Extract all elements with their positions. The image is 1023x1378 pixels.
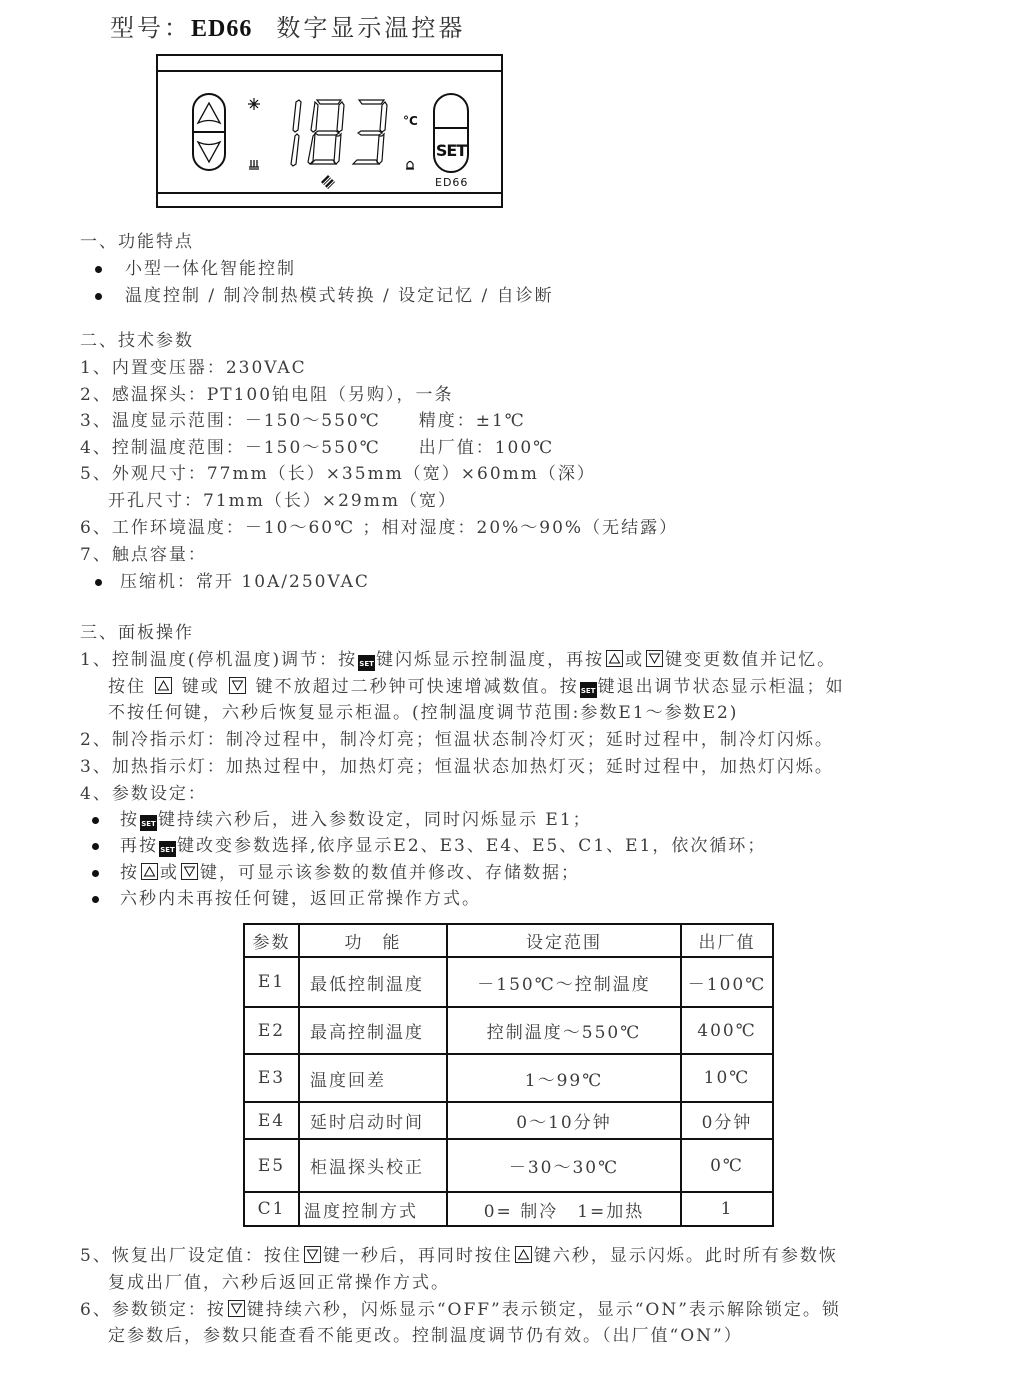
- text: 6、参数锁定：按: [80, 1300, 226, 1320]
- text: 键改变参数选择,依序显示E2、E3、E4、E5、C1、E1，依次循环；: [177, 836, 766, 856]
- set-key-icon: SET: [140, 815, 157, 831]
- up-key-icon: [141, 863, 158, 880]
- param-function: 柜温探头校正: [299, 1139, 447, 1192]
- operation-item-1-cont: 按住 键或 键不放超过二秒钟可快速增减数值。按SET键退出调节状态显示柜温；如: [108, 676, 845, 698]
- param-default: 0℃: [681, 1139, 773, 1192]
- operation-item-3: 3、加热指示灯：加热过程中，加热灯亮；恒温状态加热灯灭；延时过程中，加热灯闪烁。: [80, 756, 834, 778]
- text: 键持续六秒，闪烁显示“OFF”表示锁定，显示“ON”表示解除锁定。锁: [247, 1300, 841, 1320]
- product-name: 数字显示温控器: [276, 14, 465, 42]
- param-range: 控制温度～550℃: [447, 1007, 681, 1054]
- param-setting-bullet: 六秒内未再按任何键，返回正常操作方式。: [120, 888, 481, 910]
- param-default: 400℃: [681, 1007, 773, 1054]
- text: 键持续六秒后，进入参数设定，同时闪烁显示 E1；: [158, 810, 592, 830]
- up-down-key: [192, 93, 226, 171]
- section1-heading: 一、功能特点: [80, 231, 194, 253]
- up-key-icon: [515, 1246, 532, 1263]
- set-key-label: SET: [435, 141, 467, 160]
- set-key-icon: SET: [159, 841, 176, 857]
- table-row: E3 温度回差 1～99℃ 10℃: [244, 1054, 773, 1102]
- text: 键六秒，显示闪烁。此时所有参数恢: [534, 1246, 838, 1266]
- parameter-table: 参数 功 能 设定范围 出厂值 E1 最低控制温度 －150℃～控制温度 －10…: [243, 923, 774, 1227]
- down-key-icon: [228, 1300, 245, 1317]
- heater-icon: [248, 158, 260, 170]
- down-key-icon: [229, 677, 246, 694]
- panel-bottom-bezel: [158, 192, 501, 194]
- spec-item: 6、工作环境温度：－10～60℃ ；相对湿度：20%～90%（无结露）: [80, 517, 678, 539]
- operation-item-6: 6、参数锁定：按键持续六秒，闪烁显示“OFF”表示锁定，显示“ON”表示解除锁定…: [80, 1299, 841, 1321]
- param-setting-bullet: 再按SET键改变参数选择,依序显示E2、E3、E4、E5、C1、E1，依次循环；: [120, 835, 766, 857]
- set-key: SET: [433, 93, 469, 173]
- title-prefix: 型号：: [110, 14, 191, 42]
- param-function: 温度回差: [299, 1054, 447, 1102]
- text: 键变更数值并记忆。: [665, 650, 836, 670]
- up-key-icon: [606, 650, 623, 667]
- param-code: E5: [244, 1139, 299, 1192]
- header-cell: 出厂值: [681, 924, 773, 957]
- operation-item-1: 1、控制温度(停机温度)调节：按SET键闪烁显示控制温度，再按或键变更数值并记忆…: [80, 649, 836, 671]
- document-title: 型号：ED66数字显示温控器: [110, 8, 465, 43]
- spec-item: 2、感温探头：PT100铂电阻（另购），一条: [80, 384, 454, 406]
- param-code: C1: [244, 1192, 299, 1226]
- text: 键闪烁显示控制温度，再按: [376, 650, 604, 670]
- seven-segment-display: [286, 98, 406, 168]
- table-row: E4 延时启动时间 0～10分钟 0分钟: [244, 1102, 773, 1139]
- param-default: 1: [681, 1192, 773, 1226]
- text: 再按: [120, 836, 158, 856]
- spec-item: 1、内置变压器：230VAC: [80, 357, 307, 379]
- bell-alarm-icon: [405, 159, 415, 171]
- param-function: 延时启动时间: [299, 1102, 447, 1139]
- celsius-unit-label: °C: [403, 114, 418, 128]
- feature-item: 小型一体化智能控制: [125, 258, 296, 280]
- device-panel-diagram: °C SET ED66: [156, 54, 503, 208]
- operation-item-5-cont: 复成出厂值，六秒后返回正常操作方式。: [108, 1272, 450, 1294]
- text: 1、控制温度(停机温度)调节：按: [80, 650, 357, 670]
- bullet-icon: [92, 843, 99, 850]
- param-default: －100℃: [681, 957, 773, 1007]
- spec-item: 开孔尺寸：71mm（长）×29mm（宽）: [108, 490, 457, 512]
- model-label: ED66: [435, 176, 468, 189]
- section3-heading: 三、面板操作: [80, 622, 194, 644]
- text: 按: [120, 810, 139, 830]
- text: 或: [625, 650, 644, 670]
- param-range: －30～30℃: [447, 1139, 681, 1192]
- model-number: ED66: [191, 16, 252, 42]
- text: 键不放超过二秒钟可快速增减数值。按: [256, 677, 579, 697]
- set-key-icon: SET: [358, 655, 375, 671]
- table-row: C1 温度控制方式 0= 制冷 1=加热 1: [244, 1192, 773, 1226]
- up-arrow-icon: [194, 99, 224, 129]
- param-range: 0～10分钟: [447, 1102, 681, 1139]
- table-row: E5 柜温探头校正 －30～30℃ 0℃: [244, 1139, 773, 1192]
- set-key-divider: [435, 127, 467, 129]
- bullet-icon: [95, 266, 102, 273]
- brand-logo-icon: [320, 174, 338, 190]
- table-header-row: 参数 功 能 设定范围 出厂值: [244, 924, 773, 957]
- text: 键，可显示该参数的数值并修改、存储数据；: [200, 863, 580, 883]
- rocker-divider: [194, 131, 224, 133]
- spec-item: 5、外观尺寸：77mm（长）×35mm（宽）×60mm（深）: [80, 463, 596, 485]
- up-key-icon: [155, 677, 172, 694]
- param-range: 0= 制冷 1=加热: [447, 1192, 681, 1226]
- text: 按: [120, 863, 139, 883]
- param-setting-bullet: 按SET键持续六秒后，进入参数设定，同时闪烁显示 E1；: [120, 809, 592, 831]
- spec-item: 4、控制温度范围：－150～550℃ 出厂值：100℃: [80, 437, 554, 459]
- param-function: 最低控制温度: [299, 957, 447, 1007]
- text: 键退出调节状态显示柜温；如: [598, 677, 845, 697]
- table-row: E1 最低控制温度 －150℃～控制温度 －100℃: [244, 957, 773, 1007]
- spec-item: 3、温度显示范围：－150～550℃ 精度：±1℃: [80, 410, 526, 432]
- down-arrow-icon: [194, 136, 224, 166]
- param-setting-bullet: 按或键，可显示该参数的数值并修改、存储数据；: [120, 862, 580, 884]
- param-default: 10℃: [681, 1054, 773, 1102]
- down-key-icon: [646, 650, 663, 667]
- operation-item-1-cont: 不按任何键，六秒后恢复显示柜温。(控制温度调节范围:参数E1～参数E2): [108, 702, 738, 724]
- bullet-icon: [92, 896, 99, 903]
- spec-item: 7、触点容量：: [80, 544, 207, 566]
- param-default: 0分钟: [681, 1102, 773, 1139]
- set-key-icon: SET: [580, 682, 597, 698]
- header-cell: 参数: [244, 924, 299, 957]
- param-code: E2: [244, 1007, 299, 1054]
- section2-heading: 二、技术参数: [80, 330, 194, 352]
- param-function: 最高控制温度: [299, 1007, 447, 1054]
- operation-item-6-cont: 定参数后，参数只能查看不能更改。控制温度调节仍有效。（出厂值“ON”）: [108, 1325, 743, 1347]
- down-key-icon: [304, 1246, 321, 1263]
- feature-item: 温度控制 / 制冷制热模式转换 / 设定记忆 / 自诊断: [125, 285, 554, 307]
- snowflake-icon: [247, 97, 261, 111]
- table-row: E2 最高控制温度 控制温度～550℃ 400℃: [244, 1007, 773, 1054]
- operation-item-5: 5、恢复出厂设定值：按住键一秒后，再同时按住键六秒，显示闪烁。此时所有参数恢: [80, 1245, 838, 1267]
- bullet-icon: [92, 817, 99, 824]
- text: 键一秒后，再同时按住: [323, 1246, 513, 1266]
- bullet-icon: [95, 579, 102, 586]
- down-key-icon: [181, 863, 198, 880]
- bullet-icon: [92, 870, 99, 877]
- operation-item-2: 2、制冷指示灯：制冷过程中，制冷灯亮；恒温状态制冷灯灭；延时过程中，制冷灯闪烁。: [80, 729, 834, 751]
- text: 或: [160, 863, 179, 883]
- param-code: E3: [244, 1054, 299, 1102]
- text: 5、恢复出厂设定值：按住: [80, 1246, 302, 1266]
- bullet-icon: [95, 293, 102, 300]
- param-range: －150℃～控制温度: [447, 957, 681, 1007]
- text: 键或: [182, 677, 220, 697]
- param-code: E1: [244, 957, 299, 1007]
- operation-item-4: 4、参数设定：: [80, 783, 207, 805]
- text: 按住: [108, 677, 146, 697]
- param-code: E4: [244, 1102, 299, 1139]
- spec-bullet: 压缩机：常开 10A/250VAC: [120, 571, 370, 593]
- header-cell: 功 能: [299, 924, 447, 957]
- param-function: 温度控制方式: [299, 1192, 447, 1226]
- param-range: 1～99℃: [447, 1054, 681, 1102]
- header-cell: 设定范围: [447, 924, 681, 957]
- panel-top-bezel: [158, 70, 501, 72]
